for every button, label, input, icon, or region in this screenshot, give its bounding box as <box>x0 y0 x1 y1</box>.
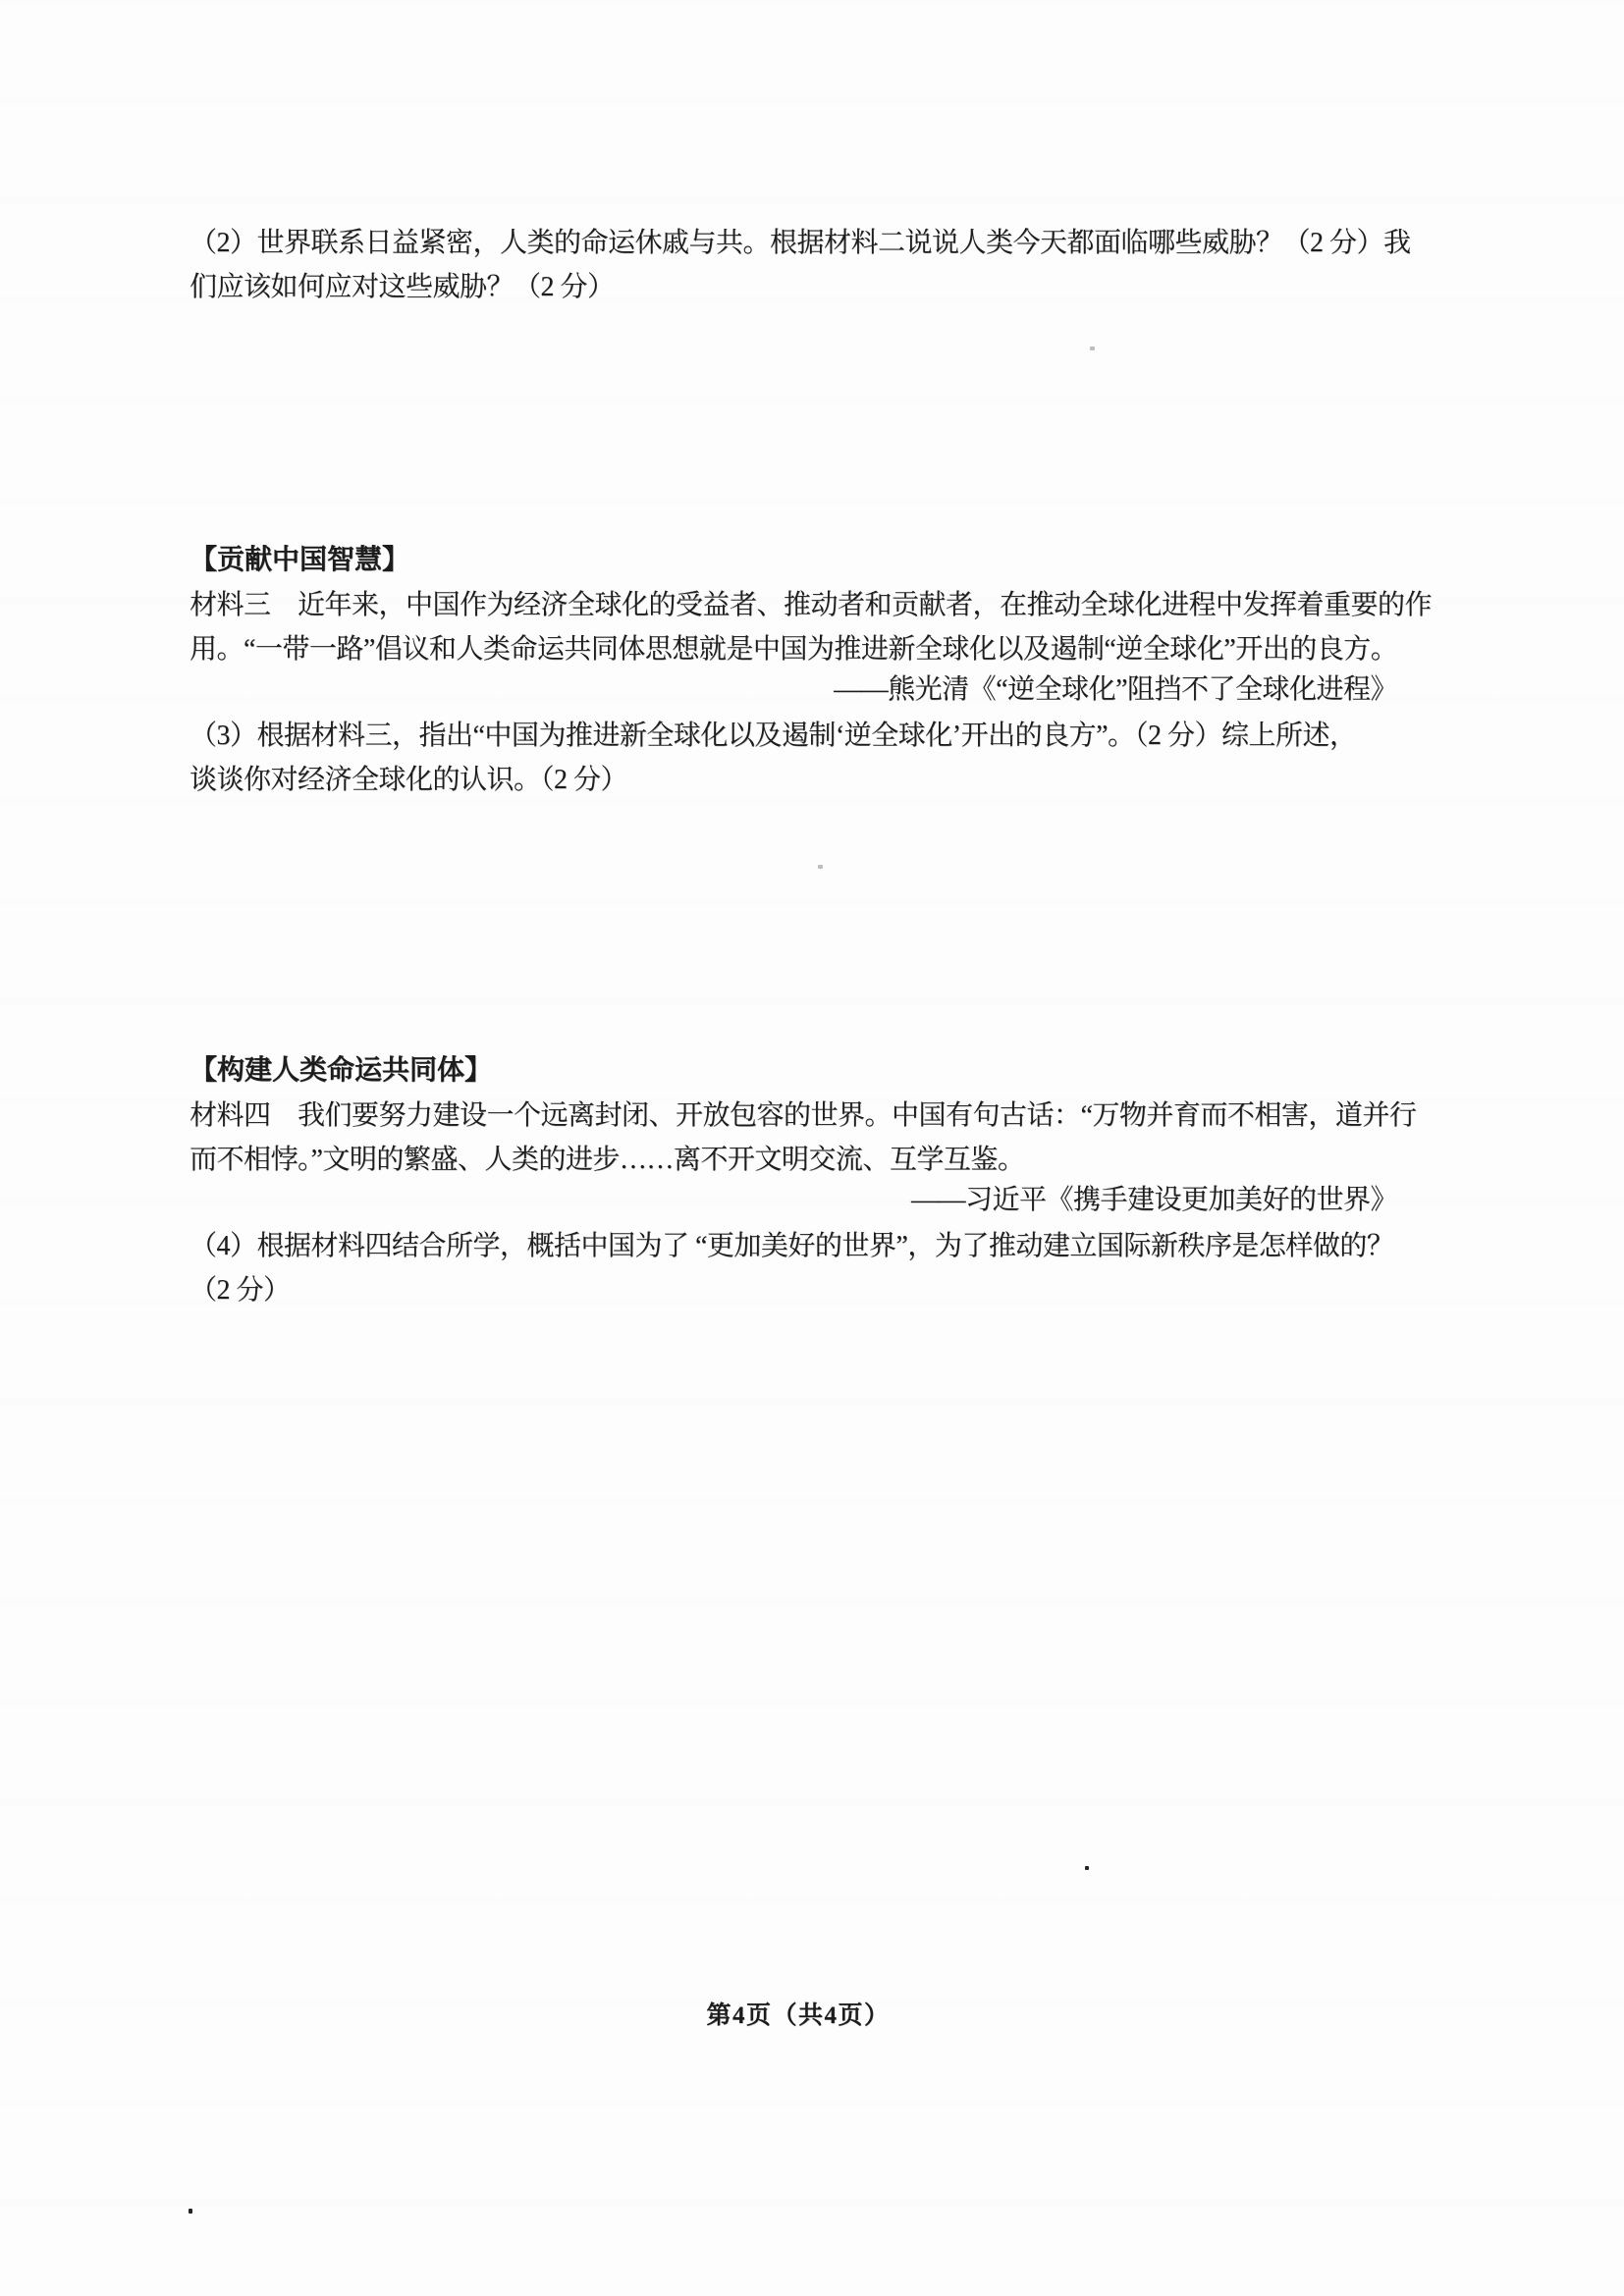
material-3-line-2: 用。“一带一路”倡议和人类命运共同体思想就是中国为推进新全球化以及遏制“逆全球化… <box>189 627 1451 671</box>
scan-speck <box>1085 1866 1089 1870</box>
scan-speck <box>818 865 823 869</box>
material-3-attribution-text: ——熊光清《“逆全球化”阻挡不了全球化进程》 <box>834 670 1397 710</box>
exam-paper-page: （2）世界联系日益紧密，人类的命运休戚与共。根据材料二说说人类今天都面临哪些威胁… <box>0 0 1624 2296</box>
material-4-line-1: 材料四 我们要努力建设一个远离封闭、开放包容的世界。中国有句古话：“万物并育而不… <box>189 1094 1451 1138</box>
section-header-community: 【构建人类命运共同体】 <box>189 1051 1451 1091</box>
question-3-line-2: 谈谈你对经济全球化的认识。（2 分） <box>189 758 1451 802</box>
material-4-paragraph: 材料四 我们要努力建设一个远离封闭、开放包容的世界。中国有句古话：“万物并育而不… <box>189 1094 1451 1182</box>
question-2-line-2: 们应该如何应对这些威胁？（2 分） <box>189 265 1451 309</box>
scan-speck <box>1090 347 1095 350</box>
question-2-line-1: （2）世界联系日益紧密，人类的命运休戚与共。根据材料二说说人类今天都面临哪些威胁… <box>189 221 1451 265</box>
section-header-china-wisdom: 【贡献中国智慧】 <box>189 541 1451 580</box>
material-3-attribution: ——熊光清《“逆全球化”阻挡不了全球化进程》 <box>189 670 1451 710</box>
material-4-attribution: ——习近平《携手建设更加美好的世界》 <box>189 1181 1451 1220</box>
question-2: （2）世界联系日益紧密，人类的命运休戚与共。根据材料二说说人类今天都面临哪些威胁… <box>189 221 1451 309</box>
question-4-line-2: （2 分） <box>189 1268 1451 1312</box>
scan-speck <box>189 2209 192 2214</box>
material-3-line-1: 材料三 近年来，中国作为经济全球化的受益者、推动者和贡献者，在推动全球化进程中发… <box>189 583 1451 627</box>
question-4: （4）根据材料四结合所学，概括中国为了 “更加美好的世界”，为了推动建立国际新秩… <box>189 1224 1451 1312</box>
material-4-line-2: 而不相悖。”文明的繁盛、人类的进步……离不开文明交流、互学互鉴。 <box>189 1138 1451 1182</box>
material-4-attribution-text: ——习近平《携手建设更加美好的世界》 <box>911 1181 1397 1220</box>
material-3-paragraph: 材料三 近年来，中国作为经济全球化的受益者、推动者和贡献者，在推动全球化进程中发… <box>189 583 1451 671</box>
question-3-line-1: （3）根据材料三，指出“中国为推进新全球化以及遏制‘逆全球化’开出的良方”。（2… <box>189 714 1451 758</box>
page-number-footer: 第4页（共4页） <box>0 1996 1610 2031</box>
question-3: （3）根据材料三，指出“中国为推进新全球化以及遏制‘逆全球化’开出的良方”。（2… <box>189 714 1451 802</box>
question-4-line-1: （4）根据材料四结合所学，概括中国为了 “更加美好的世界”，为了推动建立国际新秩… <box>189 1224 1451 1268</box>
